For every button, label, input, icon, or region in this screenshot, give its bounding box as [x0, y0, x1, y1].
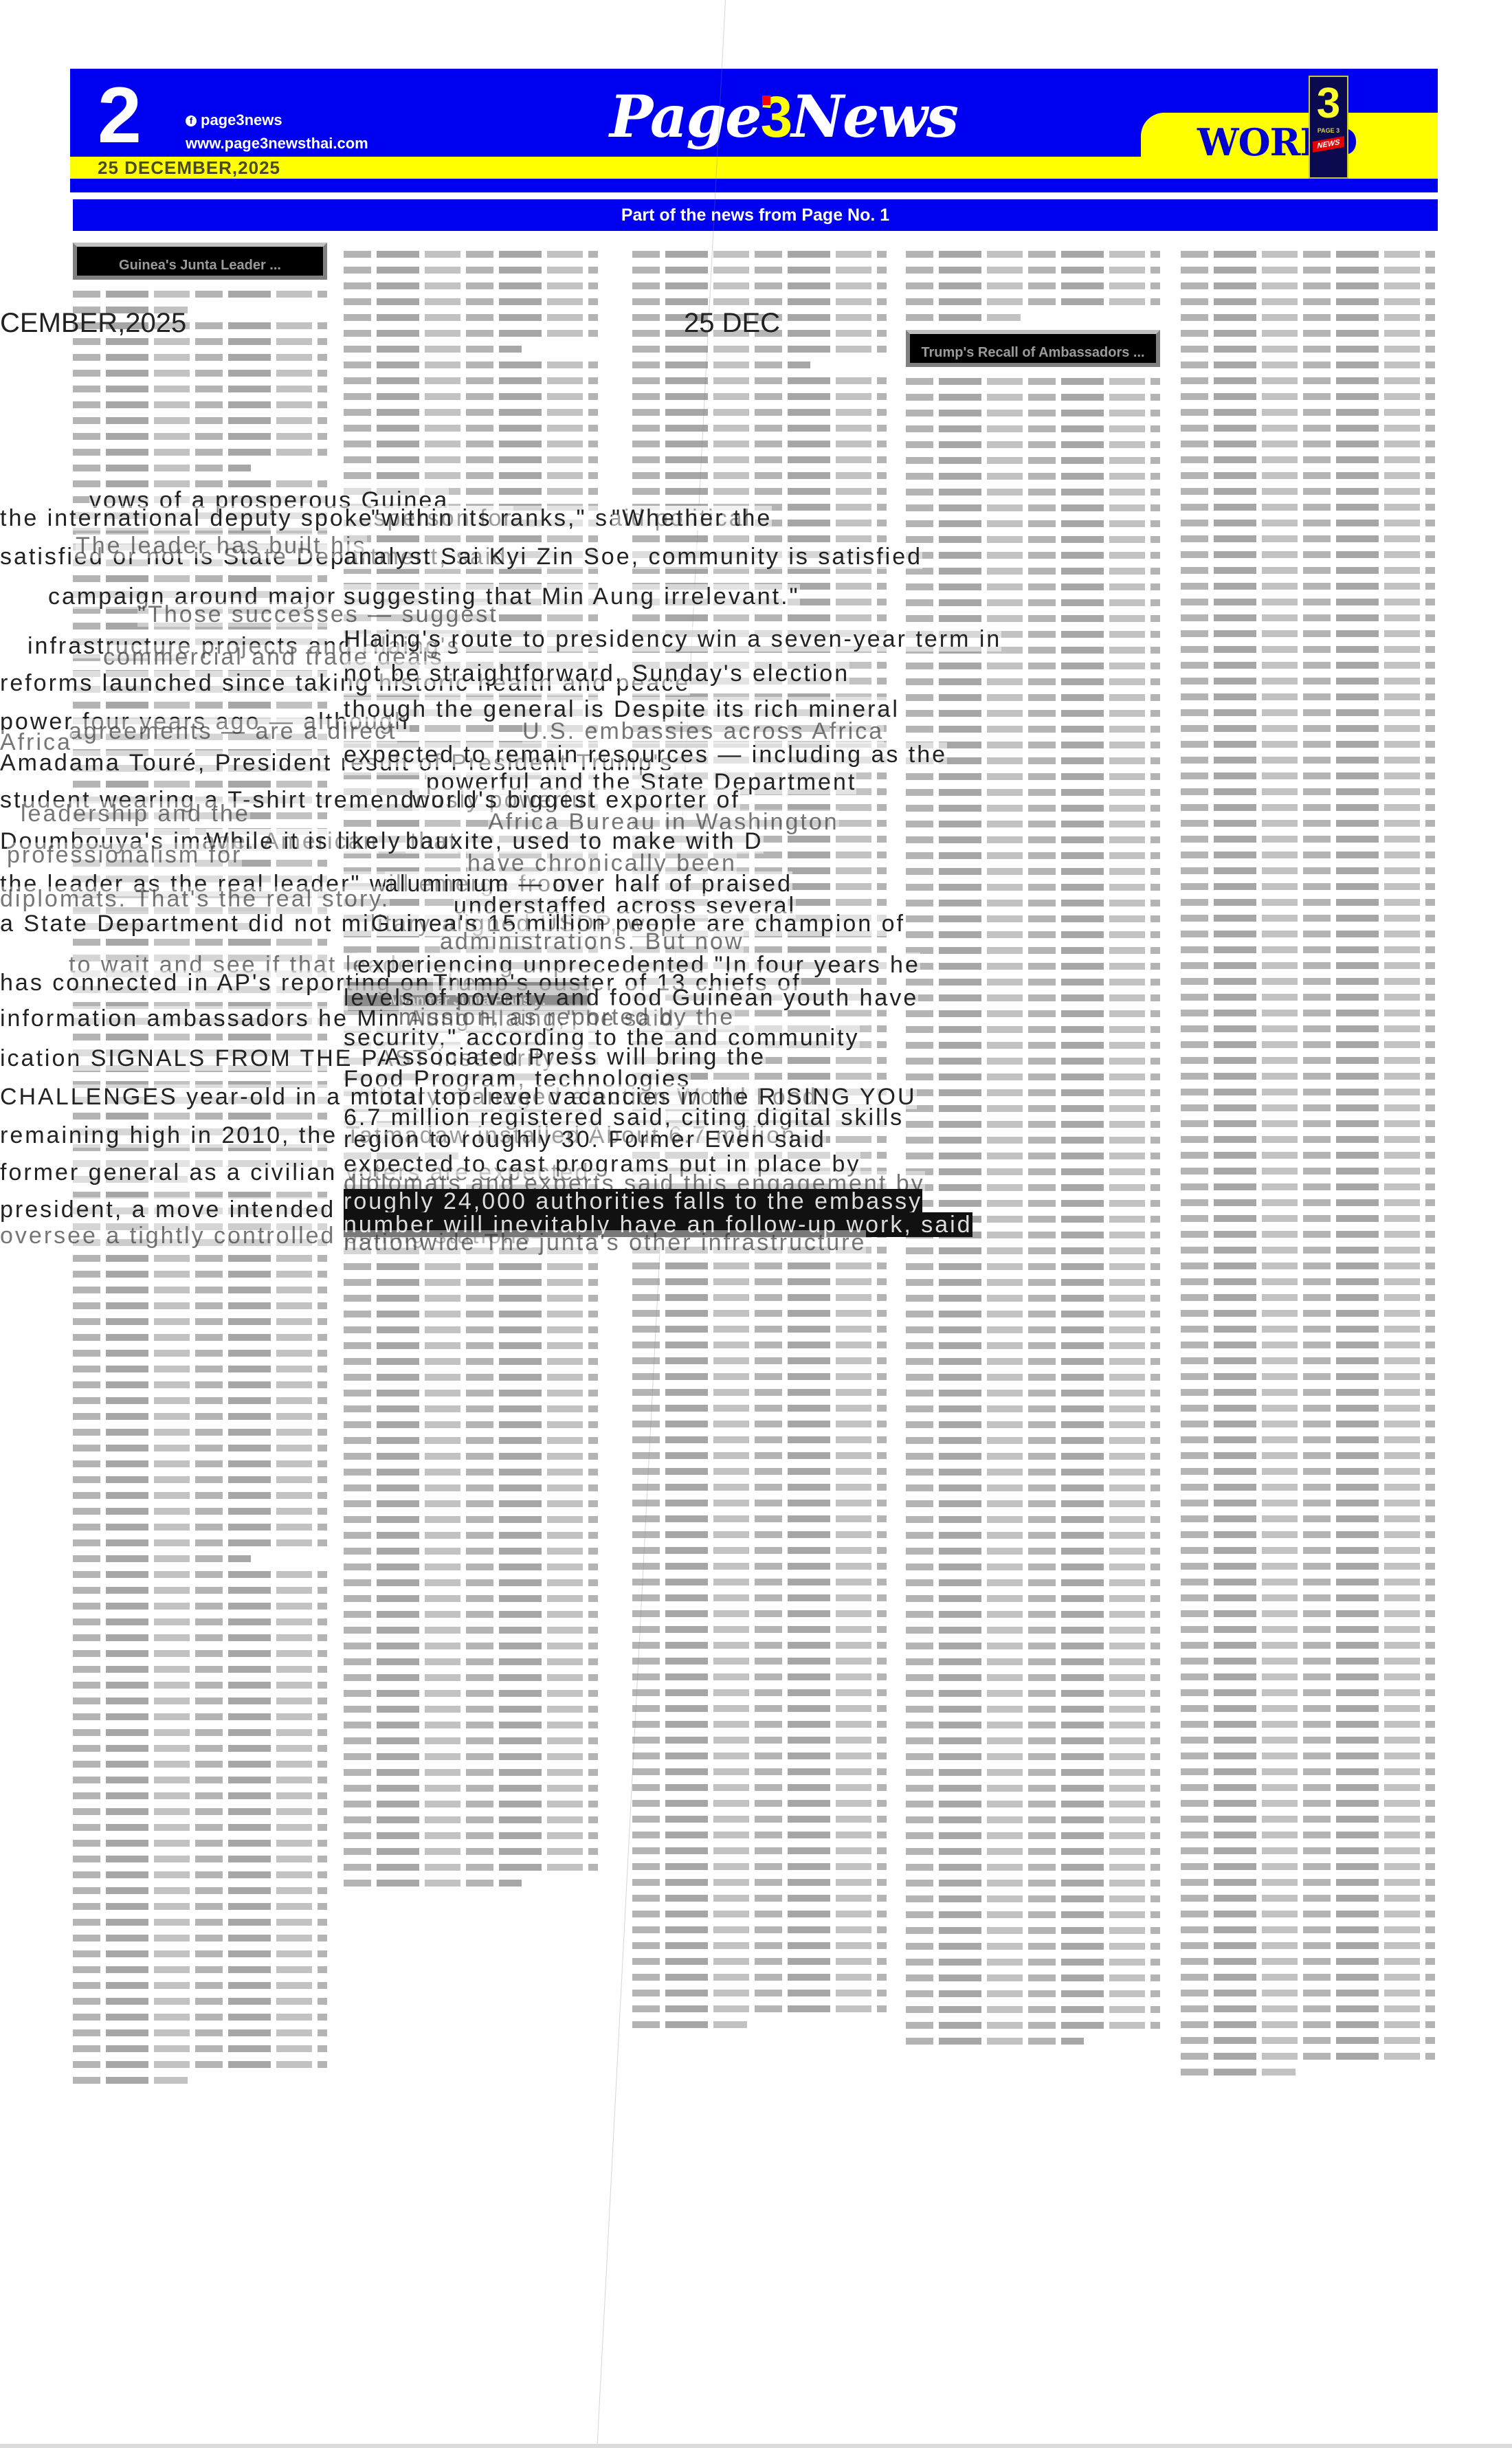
story-heading: Trump's Recall of Ambassadors ...: [906, 330, 1160, 367]
logo-digit: 3: [761, 85, 792, 149]
social-handle[interactable]: page3news: [201, 111, 282, 129]
story-body: [632, 251, 887, 2028]
badge-digit: 3: [1310, 81, 1347, 126]
story-heading: Guinea's Junta Leader ...: [73, 243, 327, 280]
ghost-date-left: CEMBER,2025: [0, 308, 186, 339]
facebook-icon: f: [186, 115, 197, 126]
logo-left: Page: [610, 82, 761, 151]
badge-text: PAGE 3: [1310, 126, 1347, 135]
column-1: Guinea's Junta Leader ...: [73, 237, 327, 2093]
story-body: Myanmar Junta Plans ...: [344, 251, 598, 1887]
ghost-date-right: 25 DEC: [684, 308, 780, 339]
column-4: Trump's Recall of Ambassadors ...: [906, 237, 1160, 2054]
inline-story-heading: Myanmar Junta Plans ...: [344, 978, 591, 1015]
continuation-banner: Part of the news from Page No. 1: [73, 199, 1438, 231]
story-body: [73, 291, 327, 2084]
logo-right: News: [791, 82, 957, 151]
overlay-fragment: Africa: [0, 730, 72, 755]
masthead-bottom-rule: [70, 179, 1438, 192]
column-3: [632, 237, 887, 2037]
story-body: [906, 251, 1160, 321]
page-number: 2: [98, 74, 142, 157]
column-2: Myanmar Junta Plans ...: [344, 237, 598, 1895]
column-5: [1181, 237, 1435, 2084]
social-block: fpage3news www.page3newsthai.com: [186, 109, 368, 155]
masthead: 2 fpage3news www.page3newsthai.com 25 DE…: [70, 69, 1438, 192]
page-bottom-rule: [0, 2444, 1512, 2448]
website-link[interactable]: www.page3newsthai.com: [186, 132, 368, 155]
badge-ribbon: NEWS: [1313, 136, 1344, 153]
newspaper-logo: Page3News: [610, 82, 957, 151]
issue-date: 25 DECEMBER,2025: [98, 159, 280, 176]
story-body: [1181, 251, 1435, 2076]
brand-badge: 3 PAGE 3 NEWS: [1309, 76, 1348, 179]
story-body: [906, 378, 1160, 2045]
